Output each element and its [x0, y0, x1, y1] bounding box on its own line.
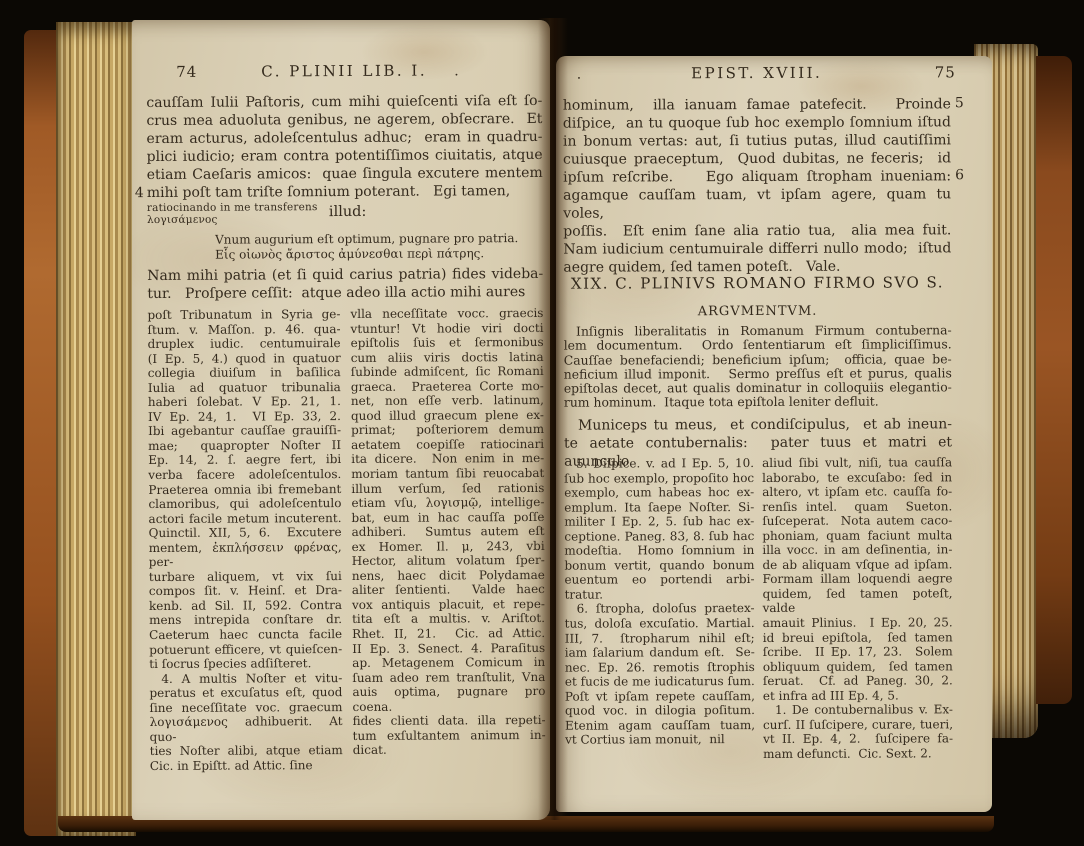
book-cover-left [24, 30, 60, 836]
page-number-right: 75 [935, 63, 956, 81]
header-dot-left: . [454, 63, 459, 79]
gutter-shadow [538, 18, 568, 820]
book-cover-right [1036, 56, 1072, 704]
page-75: . EPIST. XVIII. 75 hominum, illa ianuam … [556, 56, 992, 812]
body-text-right: hominum, illa ianuam famae patefecit. Pr… [563, 95, 952, 276]
body-text-left-2: Nam mihi patria (et ſi quid carius patri… [147, 265, 543, 303]
gilt-fore-edge-left [56, 22, 136, 836]
running-title-right: EPIST. XVIII. [563, 63, 951, 82]
interlinear-gloss-greek: λογισάμενος [147, 215, 218, 226]
commentary-column-right: vlla neceſſitate vocc. graecisvtuntur! V… [350, 306, 545, 758]
book-photo: 74 C. PLINII LIB. I. . cauſſam Iulii Paſ… [0, 0, 1084, 846]
commentary-column-left: poſt Tribunatum in Syria ge-ſtum. v. Maſ… [147, 307, 342, 774]
margin-section-number-6: 6 [955, 167, 964, 183]
margin-section-number-4: 4 [135, 185, 144, 201]
argumentum-text: Inſignis liberalitatis in Romanum Firmum… [564, 323, 952, 410]
running-title-left: C. PLINII LIB. I. [146, 61, 542, 81]
commentary-column-left: 5. Diſpice. v. ad I Ep. 5, 10.ſub hoc ex… [564, 456, 755, 748]
epistle-heading: XIX. C. PLINIVS ROMANO FIRMO SVO S. [563, 273, 951, 292]
interlinear-gloss-line1: ratiocinando in me transferens [147, 202, 318, 214]
margin-section-number-5: 5 [955, 95, 964, 111]
argumentum-heading: ARGVMENTVM. [564, 303, 952, 319]
verse-quote: Vnum augurium eſt optimum, pugnare pro p… [147, 231, 543, 263]
commentary-column-right: aliud ſibi vult, niſi, tua cauſſalaborab… [762, 455, 953, 761]
page-74: 74 C. PLINII LIB. I. . cauſſam Iulii Paſ… [132, 20, 550, 820]
body-word-illud: illud: [329, 204, 367, 220]
body-text-left: cauſſam Iulii Paſtoris, cum mihi quieſce… [146, 92, 543, 202]
